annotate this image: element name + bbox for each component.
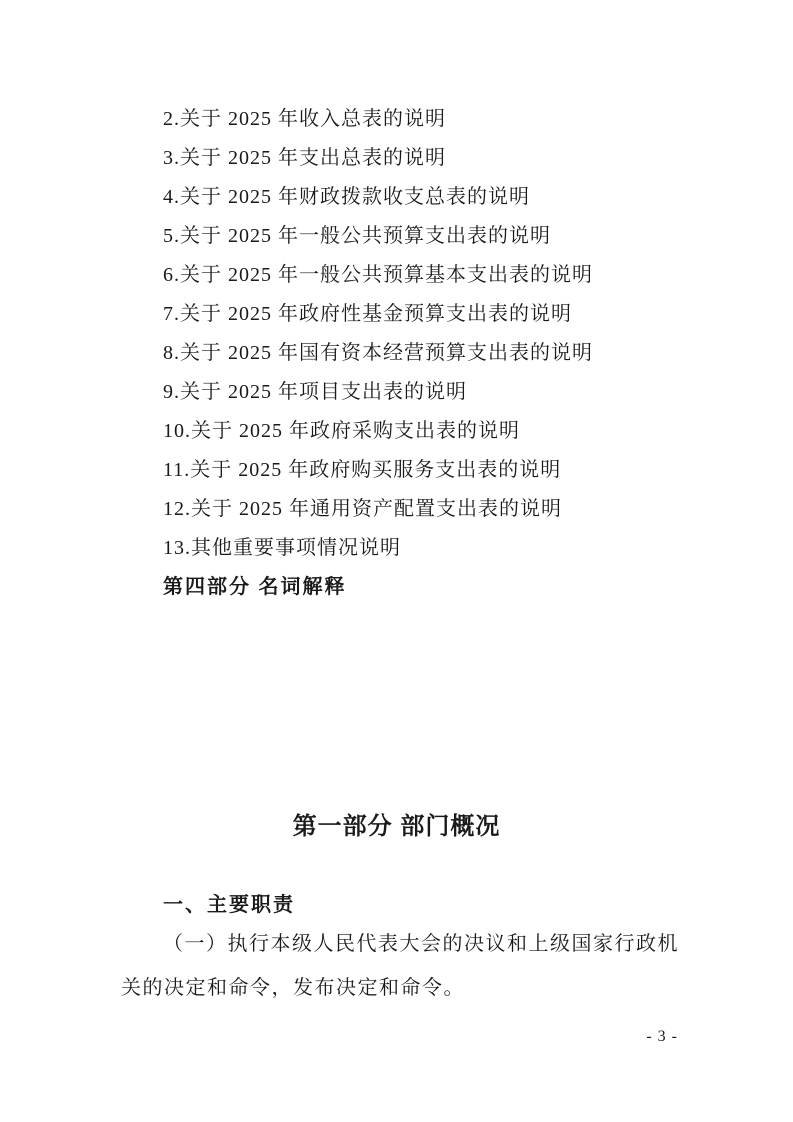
page-number: - 3 - [646,1026,678,1048]
toc-item: 9.关于 2025 年项目支出表的说明 [163,373,683,412]
toc-item: 7.关于 2025 年政府性基金预算支出表的说明 [163,295,683,334]
subsection-title-duties: 一、主要职责 [163,893,295,917]
toc-item: 10.关于 2025 年政府采购支出表的说明 [163,412,683,451]
section-title-part1: 第一部分 部门概况 [0,813,793,841]
table-of-contents: 2.关于 2025 年收入总表的说明 3.关于 2025 年支出总表的说明 4.… [163,100,683,607]
toc-item: 3.关于 2025 年支出总表的说明 [163,139,683,178]
toc-item: 12.关于 2025 年通用资产配置支出表的说明 [163,490,683,529]
paragraph-line: 关的决定和命令，发布决定和命令。 [121,966,683,1010]
toc-item: 2.关于 2025 年收入总表的说明 [163,100,683,139]
toc-item: 4.关于 2025 年财政拨款收支总表的说明 [163,178,683,217]
toc-item: 8.关于 2025 年国有资本经营预算支出表的说明 [163,334,683,373]
toc-part4-heading: 第四部分 名词解释 [163,568,683,607]
toc-item: 11.关于 2025 年政府购买服务支出表的说明 [163,451,683,490]
toc-item: 13.其他重要事项情况说明 [163,529,683,568]
toc-item: 5.关于 2025 年一般公共预算支出表的说明 [163,217,683,256]
document-page: 2.关于 2025 年收入总表的说明 3.关于 2025 年支出总表的说明 4.… [0,0,793,1122]
paragraph-line: （一）执行本级人民代表大会的决议和上级国家行政机 [121,922,683,966]
body-paragraph: （一）执行本级人民代表大会的决议和上级国家行政机 关的决定和命令，发布决定和命令… [121,922,683,1010]
toc-item: 6.关于 2025 年一般公共预算基本支出表的说明 [163,256,683,295]
